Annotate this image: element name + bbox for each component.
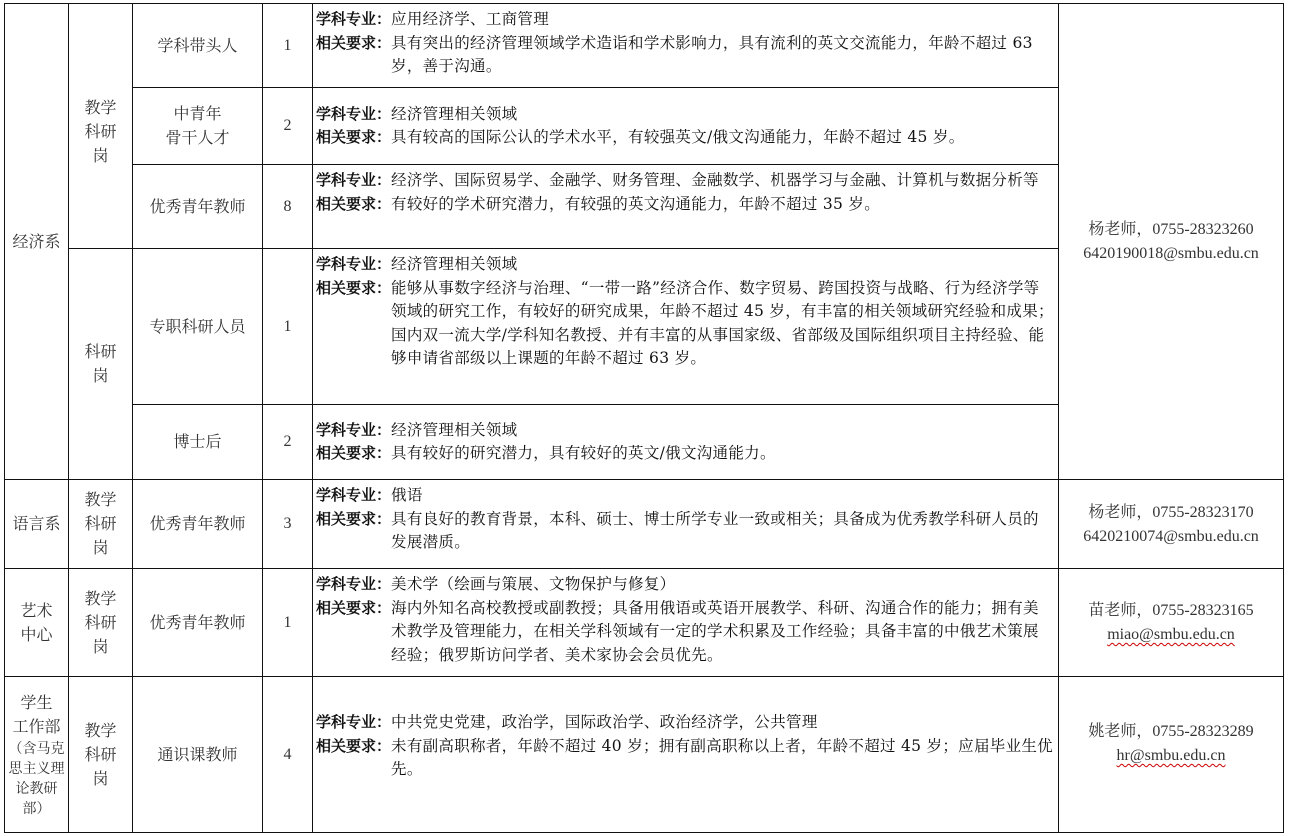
position-type-line: 岗 <box>69 364 132 388</box>
major-label: 学科专业： <box>316 169 391 193</box>
position-type-line: 科研 <box>69 743 132 767</box>
major-label: 学科专业： <box>316 8 391 32</box>
requirement-value: 具有良好的教育背景，本科、硕士、博士所学专业一致或相关；具备成为优秀教学科研人员… <box>391 508 1054 555</box>
position-name-cell: 专职科研人员 <box>133 249 263 405</box>
headcount: 2 <box>284 433 292 450</box>
requirement-label: 相关要求： <box>316 442 391 466</box>
department-name: 语言系 <box>12 514 60 533</box>
contact-email[interactable]: 6420210074@smbu.edu.cn <box>1083 528 1259 545</box>
position-name: 博士后 <box>133 430 262 454</box>
position-name: 优秀青年教师 <box>133 195 262 219</box>
headcount: 1 <box>284 614 292 631</box>
headcount: 1 <box>284 318 292 335</box>
requirements-cell: 学科专业：经济管理相关领域 相关要求：具有较高的国际公认的学术水平，有较强英文/… <box>313 88 1059 165</box>
requirements-cell: 学科专业：经济管理相关领域 相关要求：具有较好的研究潜力，具有较好的英文/俄文沟… <box>313 405 1059 480</box>
major-label: 学科专业： <box>316 103 391 127</box>
major-label: 学科专业： <box>316 253 391 277</box>
position-type-line: 岗 <box>69 536 132 560</box>
contact-phone: 0755-28323165 <box>1152 602 1253 619</box>
major-label: 学科专业： <box>316 573 391 597</box>
headcount: 2 <box>284 117 292 134</box>
contact-cell: 杨老师，0755-28323170 6420210074@smbu.edu.cn <box>1059 480 1284 569</box>
requirement-label: 相关要求： <box>316 508 391 555</box>
major-value: 经济管理相关领域 <box>391 103 1054 127</box>
major-label: 学科专业： <box>316 711 391 735</box>
contact-person: 苗老师， <box>1088 600 1152 619</box>
position-name-cell: 通识课教师 <box>133 677 263 833</box>
contact-cell: 苗老师，0755-28323165 miao@smbu.edu.cn <box>1059 569 1284 677</box>
requirement-label: 相关要求： <box>316 735 391 782</box>
requirements-cell: 学科专业：经济学、国际贸易学、金融学、财务管理、金融数学、机器学习与金融、计算机… <box>313 165 1059 249</box>
contact-email[interactable]: 6420190018@smbu.edu.cn <box>1083 245 1259 262</box>
contact-phone: 0755-28323289 <box>1152 723 1253 740</box>
headcount-cell: 8 <box>263 165 313 249</box>
major-label: 学科专业： <box>316 484 391 508</box>
headcount-cell: 4 <box>263 677 313 833</box>
position-name-cell: 中青年 骨干人才 <box>133 88 263 165</box>
requirement-label: 相关要求： <box>316 193 391 217</box>
position-type-cell: 教学 科研 岗 <box>69 480 133 569</box>
department-note: 部） <box>5 799 68 819</box>
contact-cell: 姚老师，0755-28323289 hr@smbu.edu.cn <box>1059 677 1284 833</box>
position-name: 优秀青年教师 <box>133 611 262 635</box>
position-name: 骨干人才 <box>133 126 262 150</box>
contact-email[interactable]: miao@smbu.edu.cn <box>1107 626 1235 643</box>
requirement-value: 具有突出的经济管理领域学术造诣和学术影响力，具有流利的英文交流能力，年龄不超过 … <box>391 32 1054 79</box>
major-value: 经济管理相关领域 <box>391 253 1054 277</box>
headcount: 4 <box>284 746 292 763</box>
major-label: 学科专业： <box>316 419 391 443</box>
requirement-label: 相关要求： <box>316 32 391 79</box>
department-note: 思主义理 <box>5 759 68 779</box>
headcount-cell: 2 <box>263 405 313 480</box>
position-type-line: 教学 <box>69 488 132 512</box>
department-name: 艺术 <box>5 599 68 623</box>
position-type-line: 科研 <box>69 512 132 536</box>
position-type-cell: 教学 科研 岗 <box>69 677 133 833</box>
requirement-label: 相关要求： <box>316 277 391 371</box>
major-value: 应用经济学、工商管理 <box>391 8 1054 32</box>
headcount: 8 <box>284 198 292 215</box>
major-value: 中共党史党建，政治学，国际政治学、政治经济学，公共管理 <box>391 711 1054 735</box>
position-type-line: 教学 <box>69 719 132 743</box>
department-cell: 学生 工作部 （含马克 思主义理 论教研 部） <box>5 677 69 833</box>
position-name: 中青年 <box>133 102 262 126</box>
requirement-value: 未有副高职称者，年龄不超过 40 岁；拥有副高职称以上者，年龄不超过 45 岁；… <box>391 735 1054 782</box>
position-name: 学科带头人 <box>133 34 262 58</box>
contact-person: 杨老师， <box>1088 502 1152 521</box>
requirement-value: 有较好的学术研究潜力，有较强的英文沟通能力，年龄不超过 35 岁。 <box>391 193 1054 217</box>
position-name-cell: 博士后 <box>133 405 263 480</box>
department-name: 工作部 <box>5 715 68 739</box>
position-type-line: 岗 <box>69 635 132 659</box>
requirements-cell: 学科专业：美术学（绘画与策展、文物保护与修复） 相关要求：海内外知名高校教授或副… <box>313 569 1059 677</box>
position-name-cell: 优秀青年教师 <box>133 165 263 249</box>
position-type-line: 教学 <box>69 96 132 120</box>
department-name: 学生 <box>5 691 68 715</box>
table-row: 经济系 教学 科研 岗 学科带头人 1 学科专业：应用经济学、工商管理 相关要求… <box>5 4 1284 88</box>
department-cell: 艺术 中心 <box>5 569 69 677</box>
table-row: 学生 工作部 （含马克 思主义理 论教研 部） 教学 科研 岗 通识课教师 4 … <box>5 677 1284 833</box>
headcount-cell: 1 <box>263 569 313 677</box>
position-type-cell: 教学 科研 岗 <box>69 569 133 677</box>
recruitment-table: 经济系 教学 科研 岗 学科带头人 1 学科专业：应用经济学、工商管理 相关要求… <box>4 3 1284 833</box>
position-type-cell: 教学 科研 岗 <box>69 4 133 249</box>
major-value: 俄语 <box>391 484 1054 508</box>
contact-cell: 杨老师，0755-28323260 6420190018@smbu.edu.cn <box>1059 4 1284 480</box>
department-cell: 经济系 <box>5 4 69 480</box>
major-value: 美术学（绘画与策展、文物保护与修复） <box>391 573 1054 597</box>
headcount-cell: 1 <box>263 4 313 88</box>
position-type-line: 岗 <box>69 767 132 791</box>
requirement-label: 相关要求： <box>316 126 391 150</box>
headcount-cell: 1 <box>263 249 313 405</box>
headcount-cell: 3 <box>263 480 313 569</box>
position-type-cell: 科研 岗 <box>69 249 133 480</box>
requirements-cell: 学科专业：中共党史党建，政治学，国际政治学、政治经济学，公共管理 相关要求：未有… <box>313 677 1059 833</box>
requirement-value: 具有较好的研究潜力，具有较好的英文/俄文沟通能力。 <box>391 442 1054 466</box>
requirements-cell: 学科专业：俄语 相关要求：具有良好的教育背景，本科、硕士、博士所学专业一致或相关… <box>313 480 1059 569</box>
table-row: 语言系 教学 科研 岗 优秀青年教师 3 学科专业：俄语 相关要求：具有良好的教… <box>5 480 1284 569</box>
department-cell: 语言系 <box>5 480 69 569</box>
contact-person: 姚老师， <box>1088 721 1152 740</box>
requirements-cell: 学科专业：应用经济学、工商管理 相关要求：具有突出的经济管理领域学术造诣和学术影… <box>313 4 1059 88</box>
position-name-cell: 学科带头人 <box>133 4 263 88</box>
requirement-value: 海内外知名高校教授或副教授；具备用俄语或英语开展教学、科研、沟通合作的能力；拥有… <box>391 597 1054 668</box>
position-name-cell: 优秀青年教师 <box>133 480 263 569</box>
position-type-line: 岗 <box>69 144 132 168</box>
requirement-value: 具有较高的国际公认的学术水平，有较强英文/俄文沟通能力，年龄不超过 45 岁。 <box>391 126 1054 150</box>
requirement-label: 相关要求： <box>316 597 391 668</box>
department-name: 中心 <box>5 623 68 647</box>
position-name: 优秀青年教师 <box>133 512 262 536</box>
contact-email[interactable]: hr@smbu.edu.cn <box>1117 747 1226 764</box>
major-value: 经济学、国际贸易学、金融学、财务管理、金融数学、机器学习与金融、计算机与数据分析… <box>391 169 1054 193</box>
requirements-cell: 学科专业：经济管理相关领域 相关要求：能够从事数字经济与治理、“一带一路”经济合… <box>313 249 1059 405</box>
position-type-line: 教学 <box>69 587 132 611</box>
contact-phone: 0755-28323170 <box>1152 504 1253 521</box>
contact-person: 杨老师， <box>1088 219 1152 238</box>
major-value: 经济管理相关领域 <box>391 419 1054 443</box>
table-row: 艺术 中心 教学 科研 岗 优秀青年教师 1 学科专业：美术学（绘画与策展、文物… <box>5 569 1284 677</box>
headcount: 1 <box>284 37 292 54</box>
department-note: 论教研 <box>5 779 68 799</box>
position-name: 专职科研人员 <box>133 315 262 339</box>
position-type-line: 科研 <box>69 611 132 635</box>
requirement-value: 能够从事数字经济与治理、“一带一路”经济合作、数字贸易、跨国投资与战略、行为经济… <box>391 277 1054 371</box>
position-name-cell: 优秀青年教师 <box>133 569 263 677</box>
headcount-cell: 2 <box>263 88 313 165</box>
headcount: 3 <box>284 515 292 532</box>
position-name: 通识课教师 <box>133 743 262 767</box>
position-type-line: 科研 <box>69 120 132 144</box>
department-note: （含马克 <box>5 739 68 759</box>
department-name: 经济系 <box>12 232 60 251</box>
position-type-line: 科研 <box>69 340 132 364</box>
contact-phone: 0755-28323260 <box>1152 221 1253 238</box>
